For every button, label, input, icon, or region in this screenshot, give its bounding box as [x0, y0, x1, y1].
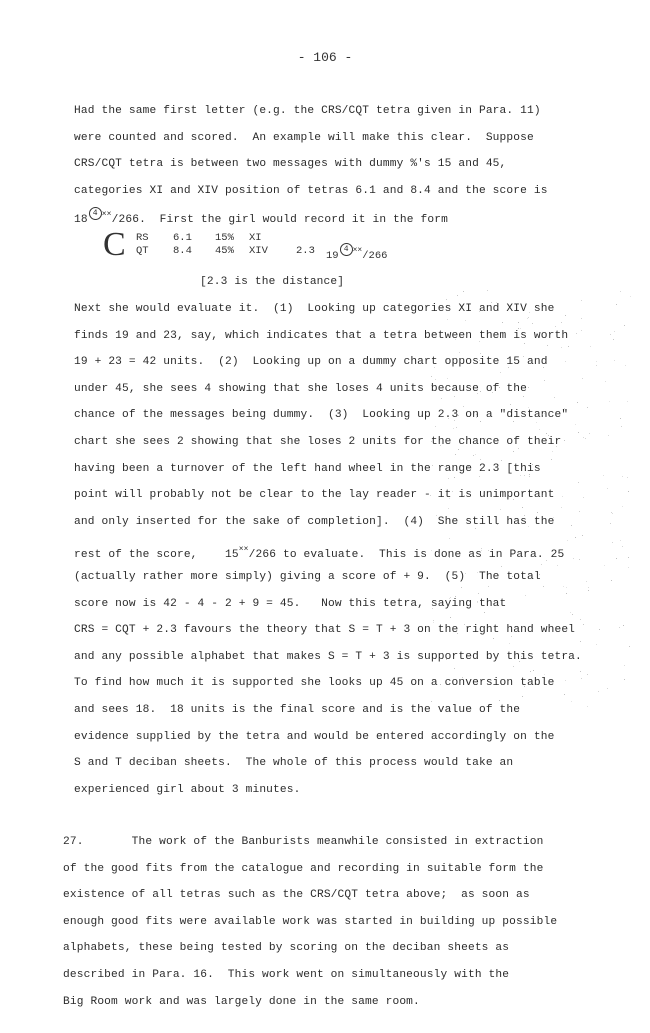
text-line: 19 + 23 = 42 units. (2) Looking up on a … — [74, 356, 548, 368]
form-distance: 2.3 — [296, 245, 315, 257]
text-line: and only inserted for the sake of comple… — [74, 516, 554, 528]
text-line: enough good fits were available work was… — [63, 916, 557, 928]
text-line: (actually rather more simply) giving a s… — [74, 571, 541, 583]
text-line: under 45, she sees 4 showing that she lo… — [74, 383, 527, 395]
form-row2-letters: QT — [136, 245, 149, 257]
text-line: 27. The work of the Banburists meanwhile… — [63, 836, 543, 848]
text-line: To find how much it is supported she loo… — [74, 677, 554, 689]
form-row1-letters: RS — [136, 232, 149, 244]
rest-prefix: rest of the score, 15 — [74, 549, 239, 561]
form-score-prefix: 19 — [326, 250, 339, 262]
text-line: Had the same first letter (e.g. the CRS/… — [74, 105, 541, 117]
text-line: evidence supplied by the tetra and would… — [74, 731, 554, 743]
text-line: were counted and scored. An example will… — [74, 132, 534, 144]
text-line: Big Room work and was largely done in th… — [63, 996, 420, 1008]
score-line: 184××/266. First the girl would record i… — [74, 207, 448, 226]
form-score: 194××/266 — [326, 243, 387, 262]
form-score-suffix: /266 — [362, 250, 387, 262]
form-row1-dummy: 15% — [215, 232, 234, 244]
text-line: and sees 18. 18 units is the final score… — [74, 704, 520, 716]
text-line: finds 19 and 23, say, which indicates th… — [74, 330, 568, 342]
text-line: of the good fits from the catalogue and … — [63, 863, 543, 875]
rest-suffix: /266 to evaluate. This is done as in Par… — [249, 549, 565, 561]
score-prefix: 18 — [74, 214, 88, 226]
text-line: CRS = CQT + 2.3 favours the theory that … — [74, 624, 575, 636]
circled-number: 4 — [340, 243, 353, 256]
text-line: having been a turnover of the left hand … — [74, 463, 541, 475]
text-line: categories XI and XIV position of tetras… — [74, 185, 548, 197]
score-suffix: /266. First the girl would record it in … — [112, 214, 448, 226]
bracket-c-icon: C — [103, 226, 126, 264]
form-score-marks: ×× — [353, 246, 363, 255]
text-line: experienced girl about 3 minutes. — [74, 784, 301, 796]
text-line: chart she sees 2 showing that she loses … — [74, 436, 561, 448]
text-line: S and T deciban sheets. The whole of thi… — [74, 757, 513, 769]
page-number: - 106 - — [0, 50, 650, 65]
rest-marks: ×× — [239, 545, 249, 554]
text-line: alphabets, these being tested by scoring… — [63, 942, 509, 954]
text-line: CRS/CQT tetra is between two messages wi… — [74, 158, 506, 170]
rest-line: rest of the score, 15××/266 to evaluate.… — [74, 545, 564, 561]
form-row2-dummy: 45% — [215, 245, 234, 257]
form-row1-category: XI — [249, 232, 262, 244]
text-line: point will probably not be clear to the … — [74, 489, 554, 501]
text-line: score now is 42 - 4 - 2 + 9 = 45. Now th… — [74, 598, 506, 610]
text-line: described in Para. 16. This work went on… — [63, 969, 509, 981]
text-line: Next she would evaluate it. (1) Looking … — [74, 303, 554, 315]
circled-number: 4 — [89, 207, 102, 220]
form-row2-category: XIV — [249, 245, 268, 257]
distance-note: [2.3 is the distance] — [200, 276, 344, 288]
text-line: existence of all tetras such as the CRS/… — [63, 889, 530, 901]
text-line: and any possible alphabet that makes S =… — [74, 651, 582, 663]
score-marks: ×× — [102, 210, 112, 219]
form-row2-position: 8.4 — [173, 245, 192, 257]
text-line: chance of the messages being dummy. (3) … — [74, 409, 568, 421]
form-row1-position: 6.1 — [173, 232, 192, 244]
